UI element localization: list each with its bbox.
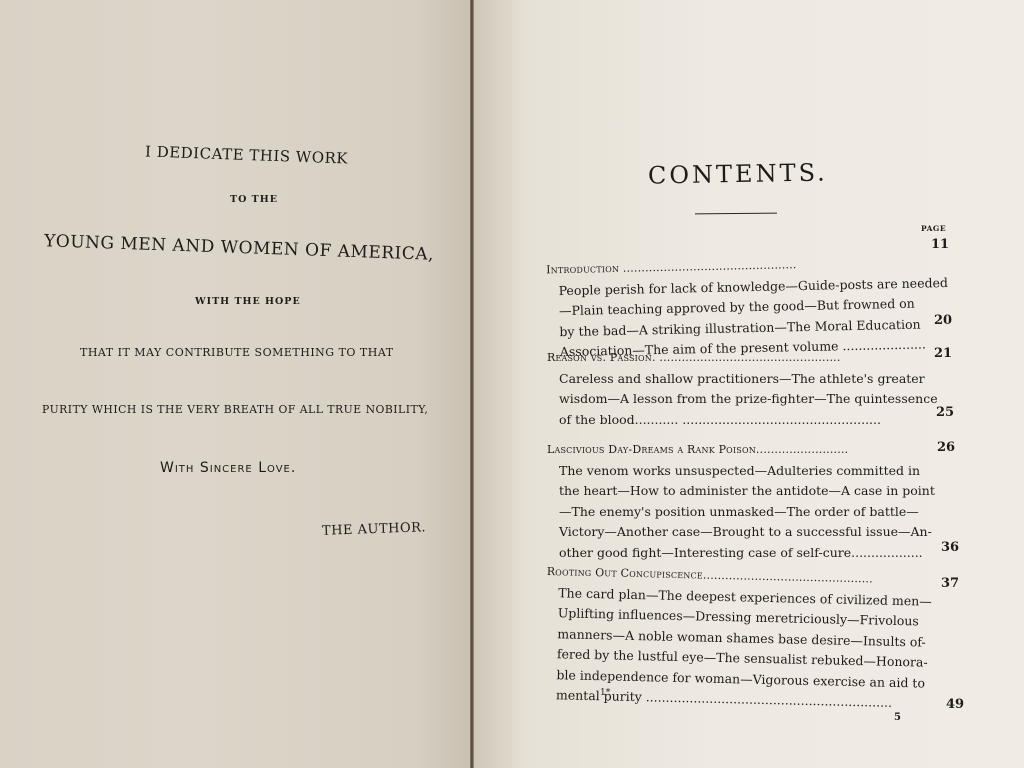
entry-1-end-page: 20 <box>934 313 952 328</box>
dedication-signoff: With Sincere Love. <box>160 460 296 476</box>
toc-entry-introduction: Introduction ...........................… <box>546 252 968 363</box>
entry-heading: Lascivious Day-Dreams a Rank Poison.....… <box>547 440 967 461</box>
entry-line: of the blood........... ................… <box>547 410 967 431</box>
dedication-line-5: that it may contribute something to that <box>80 346 394 359</box>
dedication-line-2: to the <box>230 194 278 205</box>
dedication-line-6: purity which is the very breath of all t… <box>42 403 428 416</box>
page-number: 5 <box>894 712 901 723</box>
entry-1-start-page: 11 <box>931 237 949 252</box>
entry-line: Victory—Another case—Brought to a succes… <box>547 522 967 543</box>
entry-line: The venom works unsuspected—Adulteries c… <box>547 461 967 482</box>
entry-3-end-page: 36 <box>941 540 959 555</box>
entry-line: wisdom—A lesson from the prize-fighter—T… <box>547 389 967 410</box>
dedication-line-3: Young men and women of America, <box>44 231 435 265</box>
toc-entry-reason-vs-passion: Reason vs. Passion. ....................… <box>547 348 967 430</box>
entry-line: Careless and shallow practitioners—The a… <box>547 369 967 390</box>
contents-title: CONTENTS. <box>648 158 828 189</box>
toc-entry-lascivious-day-dreams: Lascivious Day-Dreams a Rank Poison.....… <box>547 440 967 563</box>
entry-heading: Reason vs. Passion. ....................… <box>547 348 967 369</box>
entry-line: —The enemy's position unmasked—The order… <box>547 502 967 523</box>
dedication-author: The Author. <box>322 520 427 539</box>
entry-line: other good fight—Interesting case of sel… <box>547 543 967 564</box>
dedication-page: I dedicate this work to the Young men an… <box>0 0 472 768</box>
dedication-line-4: with the hope <box>195 296 301 307</box>
entry-line: the heart—How to administer the antidote… <box>547 481 967 502</box>
dedication-line-1: I dedicate this work <box>145 142 349 167</box>
page-column-header: PAGE <box>921 224 946 233</box>
signature-mark: 1* <box>600 688 610 698</box>
entry-2-end-page: 25 <box>936 405 954 420</box>
entry-4-end-page: 49 <box>946 697 964 712</box>
